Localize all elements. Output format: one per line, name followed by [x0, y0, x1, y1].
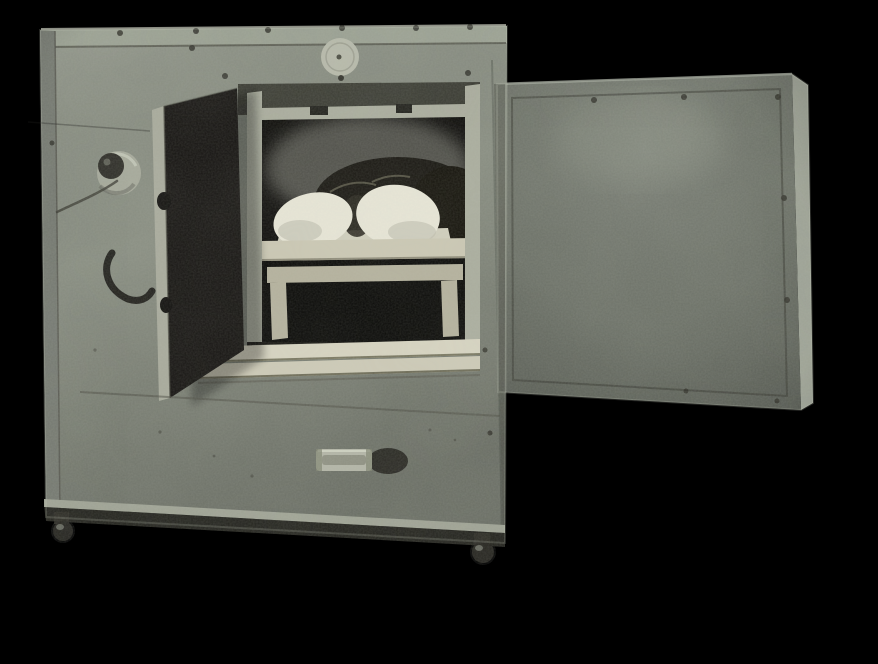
photo-canvas [0, 0, 878, 664]
photograph-incubator-cabinet [0, 0, 878, 664]
